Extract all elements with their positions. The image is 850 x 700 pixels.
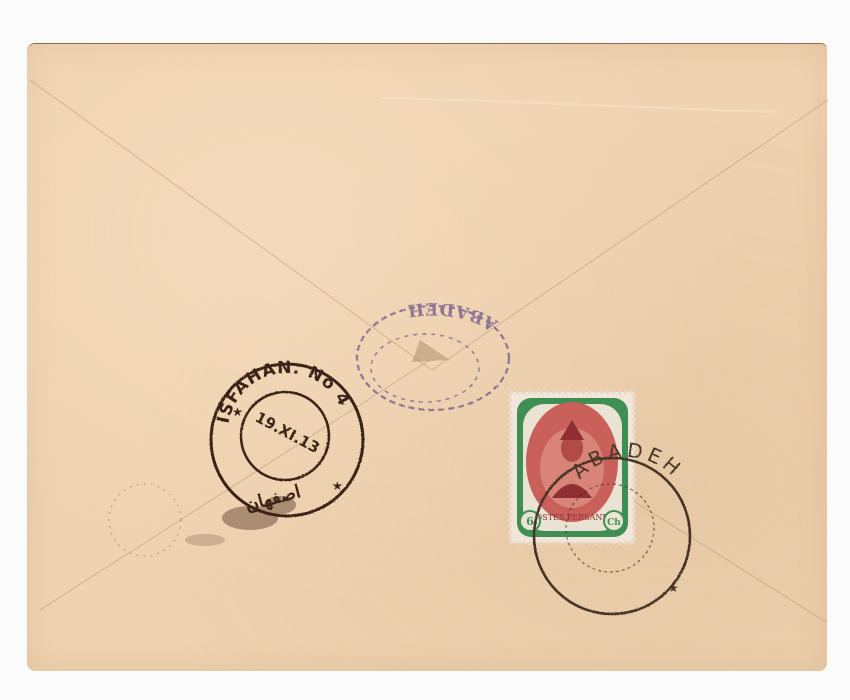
star-icon: ★ bbox=[332, 479, 343, 493]
stamp-value-right: Ch bbox=[607, 518, 621, 528]
stamp-country-text: POSTES PERSANES bbox=[530, 513, 613, 522]
abadeh-oval-postmark: ABADEH bbox=[357, 298, 509, 410]
isfahan-date: 19.XI.13 bbox=[252, 408, 323, 457]
stamp-value-left: 6 bbox=[526, 515, 534, 528]
abadeh-oval-text: ABADEH bbox=[405, 298, 502, 335]
isfahan-postmark: ISFAHAN. No 4 19.XI.13 ★ ★ ﺍﺻﻔﻬﺎﻥ bbox=[211, 358, 363, 516]
star-icon: ★ bbox=[232, 405, 243, 419]
star-icon: ★ bbox=[668, 581, 679, 595]
envelope-markings: ABADEH ISFAHAN. No 4 19.XI.13 ★ ★ ﺍﺻﻔﻬﺎﻥ… bbox=[0, 0, 850, 700]
svg-text:ABADEH: ABADEH bbox=[405, 298, 502, 335]
